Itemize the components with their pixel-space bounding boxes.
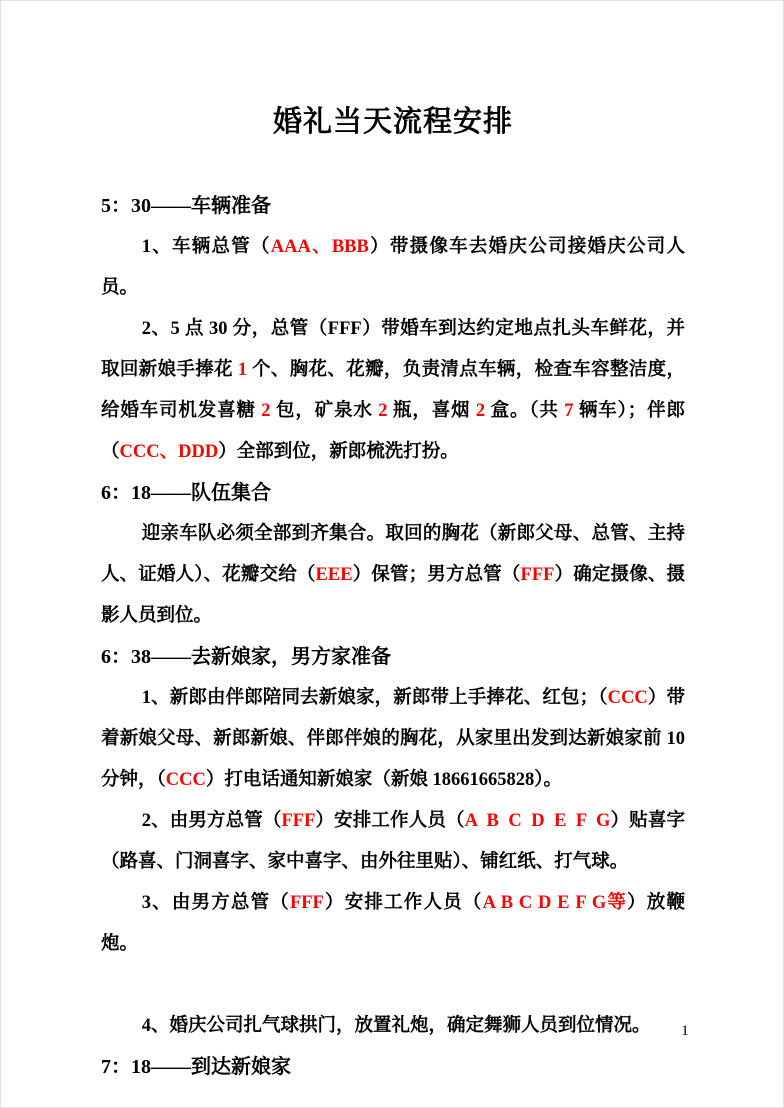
section-heading: 6：38——去新娘家，男方家准备 <box>101 637 685 678</box>
paragraph: 迎亲车队必须全部到齐集合。取回的胸花（新郎父母、总管、主持人、证婚人）、花瓣交给… <box>101 514 685 637</box>
highlighted-text: A B C D E F G等 <box>483 893 628 913</box>
section-heading: 7：18——到达新娘家 <box>101 1047 685 1088</box>
highlighted-text: 2 <box>476 401 485 421</box>
text-run: 包，矿泉水 <box>271 401 379 421</box>
text-run: ）安排工作人员（ <box>324 893 483 913</box>
highlighted-text: FFF <box>521 565 555 585</box>
text-run: ）全部到位，新郎梳洗打扮。 <box>218 442 459 462</box>
document-body: 5：30——车辆准备1、车辆总管（AAA、BBB）带摄像车去婚庆公司接婚庆公司人… <box>101 186 685 1088</box>
text-run: 2、由男方总管（ <box>142 811 282 831</box>
highlighted-text: EEE <box>316 565 353 585</box>
highlighted-text: A B C D E F G <box>465 811 611 831</box>
page-number: 1 <box>673 1023 697 1040</box>
paragraph: 3、由男方总管（FFF）安排工作人员（A B C D E F G等）放鞭炮。 <box>101 883 685 965</box>
text-run: 6：38——去新娘家，男方家准备 <box>101 646 391 668</box>
text-run: 盒。（共 <box>485 401 564 421</box>
section-heading: 6：18——队伍集合 <box>101 473 685 514</box>
highlighted-text: AAA、BBB <box>271 237 369 257</box>
paragraph: 1、新郎由伴郎陪同去新娘家，新郎带上手捧花、红包；（CCC）带着新娘父母、新郎新… <box>101 678 685 801</box>
highlighted-text: 2 <box>378 401 387 421</box>
paragraph: 2、5 点 30 分，总管（FFF）带婚车到达约定地点扎头车鲜花，并取回新娘手捧… <box>101 309 685 473</box>
highlighted-text: FFF <box>282 811 316 831</box>
text-run: ）安排工作人员（ <box>315 811 464 831</box>
text-run: ）打电话通知新娘家（新娘 18661665828）。 <box>206 770 562 790</box>
section-heading: 5：30——车辆准备 <box>101 186 685 227</box>
paragraph: 2、由男方总管（FFF）安排工作人员（A B C D E F G）贴喜字（路喜、… <box>101 801 685 883</box>
highlighted-text: CCC <box>608 688 648 708</box>
document-page: 婚礼当天流程安排 5：30——车辆准备1、车辆总管（AAA、BBB）带摄像车去婚… <box>0 0 784 1108</box>
document-content: 婚礼当天流程安排 5：30——车辆准备1、车辆总管（AAA、BBB）带摄像车去婚… <box>101 96 685 1088</box>
text-run: 6：18——队伍集合 <box>101 482 271 504</box>
text-run: 7：18——到达新娘家 <box>101 1056 291 1078</box>
highlighted-text: CCC <box>166 770 206 790</box>
highlighted-text: FFF <box>290 893 324 913</box>
blank-line <box>101 965 685 1006</box>
text-run: 3、由男方总管（ <box>142 893 290 913</box>
text-run: ）保管；男方总管（ <box>353 565 521 585</box>
highlighted-text: 1 <box>238 360 247 380</box>
paragraph: 4、婚庆公司扎气球拱门，放置礼炮，确定舞狮人员到位情况。 <box>101 1006 685 1047</box>
text-run: 5：30——车辆准备 <box>101 195 271 217</box>
text-run: 4、婚庆公司扎气球拱门，放置礼炮，确定舞狮人员到位情况。 <box>142 1016 651 1036</box>
highlighted-text: CCC、DDD <box>120 442 219 462</box>
paragraph: 1、车辆总管（AAA、BBB）带摄像车去婚庆公司接婚庆公司人员。 <box>101 227 685 309</box>
highlighted-text: 2 <box>261 401 270 421</box>
text-run: 1、新郎由伴郎陪同去新娘家，新郎带上手捧花、红包；（ <box>142 688 608 708</box>
text-run: 瓶，喜烟 <box>388 401 476 421</box>
document-title: 婚礼当天流程安排 <box>101 96 685 148</box>
text-run: 1、车辆总管（ <box>142 237 271 257</box>
